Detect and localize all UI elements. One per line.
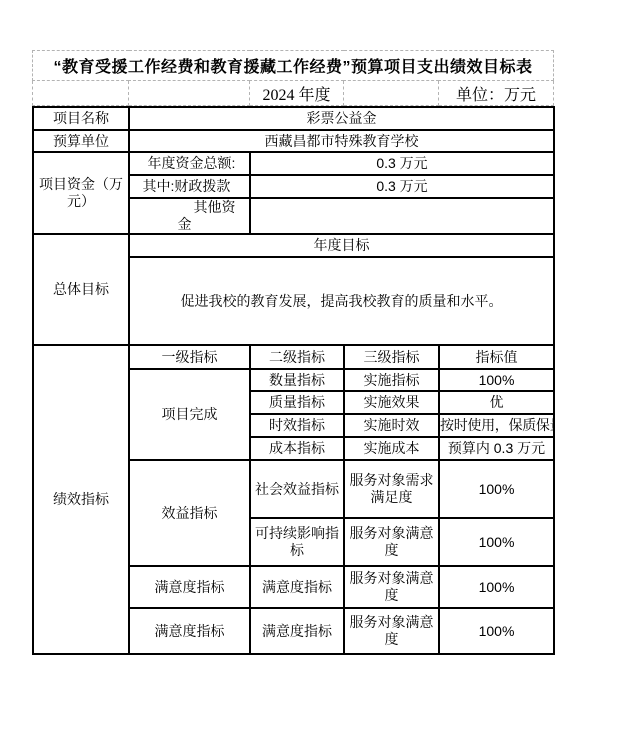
funds-other-value — [250, 198, 554, 234]
value-cell: 100% — [439, 566, 554, 608]
page-title: “教育受援工作经费和教育援藏工作经费”预算项目支出绩效目标表 — [33, 51, 554, 81]
level2-cell: 质量指标 — [250, 391, 344, 414]
value-cell: 预算内 0.3 万元 — [439, 437, 554, 460]
project-name-value: 彩票公益金 — [129, 107, 554, 130]
level1-satisfaction: 满意度指标 — [129, 566, 250, 608]
overall-goal-label: 总体目标 — [33, 234, 129, 345]
title-grid: “教育受援工作经费和教育援藏工作经费”预算项目支出绩效目标表 2024 年度 单… — [32, 50, 554, 106]
indicator-header-row: 绩效指标 一级指标 二级指标 三级指标 指标值 — [33, 345, 554, 369]
funds-total-label: 年度资金总额: — [129, 152, 250, 175]
value-cell: 100% — [439, 460, 554, 518]
level2-cell: 时效指标 — [250, 414, 344, 437]
level3-cell: 服务对象满意度 — [344, 608, 439, 654]
header-level2: 二级指标 — [250, 345, 344, 369]
level2-cell: 数量指标 — [250, 369, 344, 391]
funds-other-label: 其他资金 — [129, 198, 250, 234]
level2-cell: 成本指标 — [250, 437, 344, 460]
level3-cell: 服务对象满意度 — [344, 518, 439, 566]
level2-cell: 满意度指标 — [250, 566, 344, 608]
level3-cell: 实施指标 — [344, 369, 439, 391]
annual-goal-content: 促进我校的教育发展，提高我校教育的质量和水平。 — [129, 257, 554, 345]
performance-table: 项目名称 彩票公益金 预算单位 西藏昌都市特殊教育学校 项目资金（万元） 年度资… — [32, 106, 555, 655]
value-cell: 优 — [439, 391, 554, 414]
value-cell: 100% — [439, 608, 554, 654]
level2-cell: 可持续影响指标 — [250, 518, 344, 566]
value-cell: 按时使用，保质保量 — [439, 414, 554, 437]
level1-satisfaction: 满意度指标 — [129, 608, 250, 654]
level2-cell: 满意度指标 — [250, 608, 344, 654]
funds-fiscal-value: 0.3 万元 — [250, 175, 554, 198]
level3-cell: 实施效果 — [344, 391, 439, 414]
level1-benefit: 效益指标 — [129, 460, 250, 566]
table-row: 总体目标 年度目标 — [33, 234, 554, 257]
project-name-label: 项目名称 — [33, 107, 129, 130]
value-cell: 100% — [439, 518, 554, 566]
header-level1: 一级指标 — [129, 345, 250, 369]
value-cell: 100% — [439, 369, 554, 391]
header-value: 指标值 — [439, 345, 554, 369]
level3-cell: 实施时效 — [344, 414, 439, 437]
level3-cell: 实施成本 — [344, 437, 439, 460]
table-row: 项目资金（万元） 年度资金总额: 0.3 万元 — [33, 152, 554, 175]
level3-cell: 服务对象满意度 — [344, 566, 439, 608]
budget-performance-sheet: “教育受援工作经费和教育援藏工作经费”预算项目支出绩效目标表 2024 年度 单… — [32, 50, 553, 655]
header-level3: 三级指标 — [344, 345, 439, 369]
year-label: 2024 年度 — [250, 81, 344, 106]
budget-unit-value: 西藏昌都市特殊教育学校 — [129, 130, 554, 152]
unit-label: 单位：万元 — [439, 81, 554, 106]
table-row: 预算单位 西藏昌都市特殊教育学校 — [33, 130, 554, 152]
table-row: 项目名称 彩票公益金 — [33, 107, 554, 130]
funds-total-value: 0.3 万元 — [250, 152, 554, 175]
empty-cell — [33, 81, 129, 106]
level3-cell: 服务对象需求满足度 — [344, 460, 439, 518]
annual-goal-header: 年度目标 — [129, 234, 554, 257]
empty-cell — [129, 81, 250, 106]
empty-cell — [344, 81, 439, 106]
budget-unit-label: 预算单位 — [33, 130, 129, 152]
level1-project-completion: 项目完成 — [129, 369, 250, 460]
funds-fiscal-label: 其中:财政拨款 — [129, 175, 250, 198]
performance-section-label: 绩效指标 — [33, 345, 129, 654]
funds-section-label: 项目资金（万元） — [33, 152, 129, 234]
level2-cell: 社会效益指标 — [250, 460, 344, 518]
